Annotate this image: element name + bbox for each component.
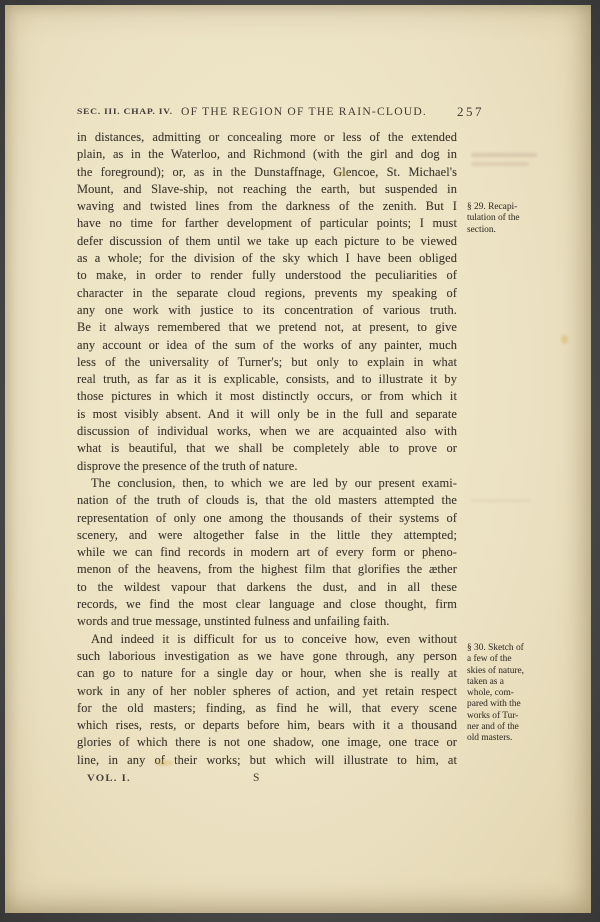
margin-note-line: a few of the <box>467 654 557 665</box>
body-text-line: representation of only one among the tho… <box>77 510 457 527</box>
body-text-line: as a whole; for the division of the sky … <box>77 250 457 267</box>
margin-note-line: § 30. Sketch of <box>467 643 557 654</box>
ink-bleed-through-mark <box>471 162 529 166</box>
ink-bleed-through-mark <box>471 499 531 502</box>
body-text-line: in distances, admitting or concealing mo… <box>77 129 457 146</box>
margin-note-line: skies of nature, <box>467 666 557 677</box>
body-text-line: for the old masters; finding, as find he… <box>77 700 457 717</box>
body-text-line: scenery, and were altogether false in th… <box>77 527 457 544</box>
running-header-section: SEC. III. CHAP. IV. <box>77 105 173 119</box>
paper-stain <box>561 335 568 344</box>
running-header: SEC. III. CHAP. IV. OF THE REGION OF THE… <box>77 104 481 119</box>
paper-stain <box>155 760 173 766</box>
body-text-line: to the wildest vapour that darkens the d… <box>77 579 457 596</box>
margin-note-line: section. <box>467 225 557 236</box>
book-page: SEC. III. CHAP. IV. OF THE REGION OF THE… <box>5 5 591 913</box>
margin-note-line: whole, com- <box>467 688 557 699</box>
body-text-line: can go to nature for a single day or hou… <box>77 665 457 682</box>
page-number: 257 <box>457 104 484 119</box>
body-text-line: any account or idea of the sum of the wo… <box>77 337 457 354</box>
margin-note-line: pared with the <box>467 699 557 710</box>
body-text-line: defer discussion of them until we take u… <box>77 233 457 250</box>
margin-note-30: § 30. Sketch ofa few of theskies of natu… <box>467 643 557 745</box>
margin-note-line: works of Tur- <box>467 711 557 722</box>
body-text-line: less of the universality of Turner's; bu… <box>77 354 457 371</box>
body-text-line: Mount, and Slave-ship, not reaching the … <box>77 181 457 198</box>
margin-note-line: taken as a <box>467 677 557 688</box>
body-text-line: those pictures in which it most distinct… <box>77 388 457 405</box>
body-text-line: The conclusion, then, to which we are le… <box>77 475 457 492</box>
body-text-line: records, we find the most clear language… <box>77 596 457 613</box>
signature-mark: S <box>253 770 259 786</box>
paper-stain <box>335 171 349 176</box>
body-text-line: real truth, as far as it is explicable, … <box>77 371 457 388</box>
body-text-line: which rises, rests, or departs before hi… <box>77 717 457 734</box>
body-text-line: is most visibly absent. And it will only… <box>77 406 457 423</box>
ink-bleed-through-mark <box>471 153 537 157</box>
margin-note-line: tulation of the <box>467 213 557 224</box>
margin-note-line: ner and of the <box>467 722 557 733</box>
body-text-line: Be it always remembered that we pretend … <box>77 319 457 336</box>
body-text-line: waving and twisted lines from the darkne… <box>77 198 457 215</box>
body-text-line: menon of the heavens, from the highest f… <box>77 561 457 578</box>
body-text-block: in distances, admitting or concealing mo… <box>77 129 457 769</box>
body-text-line: work in any of her nobler spheres of act… <box>77 683 457 700</box>
body-text-line: any one work with justice to its concent… <box>77 302 457 319</box>
margin-note-29: § 29. Recapi-tulation of thesection. <box>467 202 557 236</box>
body-text-line: character in the separate cloud regions,… <box>77 285 457 302</box>
body-text-line: while we can find records in modern art … <box>77 544 457 561</box>
body-text-line: to make, in order to render fully unders… <box>77 267 457 284</box>
scan-background: SEC. III. CHAP. IV. OF THE REGION OF THE… <box>0 0 600 922</box>
body-text-line: have no time for farther development of … <box>77 215 457 232</box>
body-text-line: And indeed it is difficult for us to con… <box>77 631 457 648</box>
margin-note-line: § 29. Recapi- <box>467 202 557 213</box>
running-header-title: OF THE REGION OF THE RAIN-CLOUD. <box>181 104 427 119</box>
body-text-line: words and true message, unstinted fulnes… <box>77 613 457 630</box>
volume-label: VOL. I. <box>87 771 131 786</box>
body-text-line: such laborious investigation as we have … <box>77 648 457 665</box>
body-text-line: glories of which there is not one shadow… <box>77 734 457 751</box>
margin-note-line: old masters. <box>467 733 557 744</box>
body-text-line: the foreground); or, as in the Dunstaffn… <box>77 164 457 181</box>
body-text-line: disprove the presence of the truth of na… <box>77 458 457 475</box>
body-text-line: nation of the truth of clouds is, that t… <box>77 492 457 509</box>
page-footer: VOL. I. S <box>77 770 457 786</box>
body-text-line: line, in any of their works; but which w… <box>77 752 457 769</box>
body-text-line: what is beautiful, that we shall be comp… <box>77 440 457 457</box>
body-text-line: plain, as in the Waterloo, and Richmond … <box>77 146 457 163</box>
body-text-line: discussion of individual works, when we … <box>77 423 457 440</box>
